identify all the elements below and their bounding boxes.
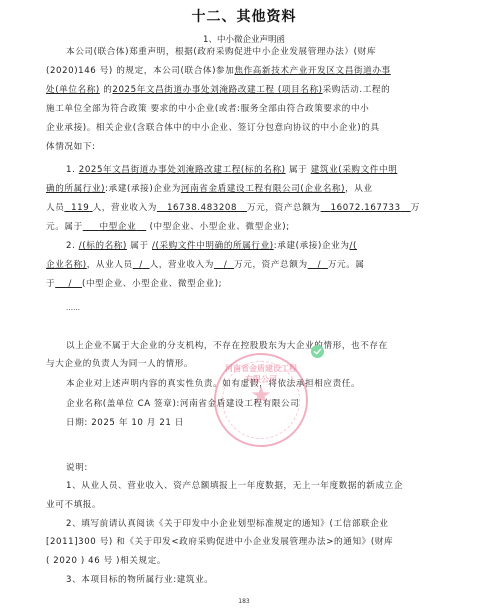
item1-belongs: 属于	[289, 165, 307, 175]
item2-assets: /	[308, 260, 328, 270]
item1-revenue: 16738.483208	[157, 203, 247, 213]
item1-company: 河南省金盾建设工程有限公司(企业名称)	[181, 184, 345, 194]
item1-revenue-value: 16738.483208	[167, 203, 237, 213]
check-icon	[313, 347, 322, 356]
verified-check-badge	[311, 345, 324, 358]
item1-belongs-size: 元。属于	[46, 222, 83, 232]
item2-size-value: /	[69, 279, 73, 289]
item1-revenue-label: 人，营业收入为	[93, 203, 157, 213]
item2-belongs-size: 于	[46, 279, 55, 289]
para1-line4: 施工单位全部为符合政策 要求的中小企业(或者:服务全部由符合政策要求的中小	[46, 103, 446, 115]
item2-line1: 2. /(标的名称) 属于 /(采购文件中明确的所属行业):承建(承接)企业为/…	[66, 240, 446, 252]
item2-line3: 于 / (中型企业、小型企业、微型企业);	[46, 278, 446, 290]
item2-company: /(	[350, 241, 357, 251]
item1-contractor-label: :承建(承接)企业为	[105, 184, 181, 194]
item2-staff-value: /	[139, 260, 143, 270]
item1-assets-unit: 万	[411, 203, 420, 213]
item2-project: /(标的名称)	[79, 241, 127, 251]
purchaser-name: 焦作高新技术产业开发区文昌街道办事	[234, 66, 390, 76]
item2-assets-label: 万元，资产总额为	[234, 260, 308, 270]
note1-line2: 业可不填报。	[46, 499, 446, 511]
para1-line3: 处(单位名称) 的2025年文昌街道办事处刘淹路改建工程 (项目名称)采购活动.…	[46, 84, 446, 96]
item2-staff-label: ，从业人员	[87, 260, 133, 270]
item2-revenue-label: 人，营业收入为	[150, 260, 214, 270]
notes-label: 说明:	[66, 462, 446, 474]
note2-line2: [2011]300 号) 和《关于印发<政府采购促进中小企业发展管理办法>的通知…	[46, 536, 446, 548]
item1-line3: 人员 119 人，营业收入为 16738.483208 万元，资产总额为 160…	[46, 202, 446, 214]
item2-line2: 企业名称)，从业人员 / 人，营业收入为 / 万元，资产总额为 / 万元。属	[46, 259, 446, 271]
item1-industry-cont: 确的所属行业)	[46, 184, 105, 194]
item2-revenue-value: /	[224, 260, 228, 270]
note2-line1: 2、填写前请认真阅读《关于印发中小企业划型标准规定的通知》(工信部联企业	[66, 518, 446, 530]
para1-line2-text: (2020)146 号) 的规定，本公司(联合体)参加	[46, 66, 234, 76]
item2-assets-unit: 万元。属	[328, 260, 365, 270]
project-name: 2025年文昌街道办事处刘淹路改建工程 (项目名称)	[112, 85, 322, 95]
item2-company-cont: 企业名称)	[46, 260, 87, 270]
item1-size: 中型企业	[83, 222, 146, 232]
item1-size-value: 中型企业	[99, 222, 136, 232]
item2-assets-value: /	[318, 260, 322, 270]
note3: 3、本项目标的物所属行业:建筑业。	[66, 574, 446, 586]
item2-size-options: (中型企业、小型企业、微型企业);	[82, 279, 222, 289]
item1-assets-value: 16072.167733	[331, 203, 401, 213]
item2-industry: /(采购文件中明确的所属行业)	[152, 241, 274, 251]
item1-assets-label: 万元，资产总额为	[247, 203, 321, 213]
note1-line1: 1、从业人员、营业收入、资产总额填报上一年度数据，无上一年度数据的新成立企	[66, 480, 446, 492]
item1-number: 1.	[66, 165, 75, 175]
item2-staff: /	[133, 260, 150, 270]
item1-staff-label2: 人员	[46, 203, 64, 213]
item2-belongs: 属于	[130, 241, 148, 251]
para1-line1: 本公司(联合体)郑重声明，根据(政府采购促进中小企业发展管理办法）(财库	[66, 46, 446, 58]
company-seal-stamp: 河南省金盾建设工程有限公司 ★	[214, 353, 308, 447]
item1-project: 2025年文昌街道办事处刘淹路改建工程(标的名称)	[79, 165, 286, 175]
unit-name-label: 处(单位名称)	[46, 85, 100, 95]
declaration-subtitle: 1、中小微企业声明函	[0, 33, 488, 45]
ellipsis: ……	[66, 302, 446, 314]
seal-star-icon: ★	[216, 381, 306, 409]
item2-contractor-label: :承建(承接)企业为	[274, 241, 350, 251]
item1-line1: 1. 2025年文昌街道办事处刘淹路改建工程(标的名称) 属于 建筑业(采购文件…	[66, 164, 446, 176]
para1-line3-tail: 采购活动.工程的	[323, 85, 391, 95]
item1-line2: 确的所属行业):承建(承接)企业为河南省金盾建设工程有限公司(企业名称)，从业	[46, 183, 446, 195]
item1-staff-label: ，从业	[345, 184, 373, 194]
item1-line4: 元。属于 中型企业 (中型企业、小型企业、微型企业);	[46, 221, 446, 233]
item1-staff-value: 119	[71, 203, 89, 213]
para1-line2: (2020)146 号) 的规定，本公司(联合体)参加焦作高新技术产业开发区文昌…	[46, 65, 446, 77]
page-number: 183	[0, 598, 488, 605]
item1-staff: 119	[64, 203, 92, 213]
item2-size: /	[55, 279, 82, 289]
item1-industry: 建筑业(采购文件中明	[311, 165, 398, 175]
para1-line6: 体情况如下:	[46, 141, 446, 153]
section-title: 十二、其他资料	[0, 6, 488, 26]
para1-line5: 企业承接)。相关企业(含联合体中的中小企业、签订分包意向协议的中小企业)的具	[46, 122, 446, 134]
item1-assets: 16072.167733	[321, 203, 411, 213]
item2-number: 2.	[66, 241, 75, 251]
document-page: 十二、其他资料 1、中小微企业声明函 本公司(联合体)郑重声明，根据(政府采购促…	[0, 0, 488, 612]
item2-revenue: /	[214, 260, 234, 270]
para2-line1: 以上企业不属于大企业的分支机构，不存在控股股东为大企业的情形，也不存在	[66, 340, 446, 352]
item1-size-options: (中型企业、小型企业、微型企业);	[150, 222, 290, 232]
note2-line3: ( 2020 ) 46 号 )相关规定。	[46, 555, 446, 567]
